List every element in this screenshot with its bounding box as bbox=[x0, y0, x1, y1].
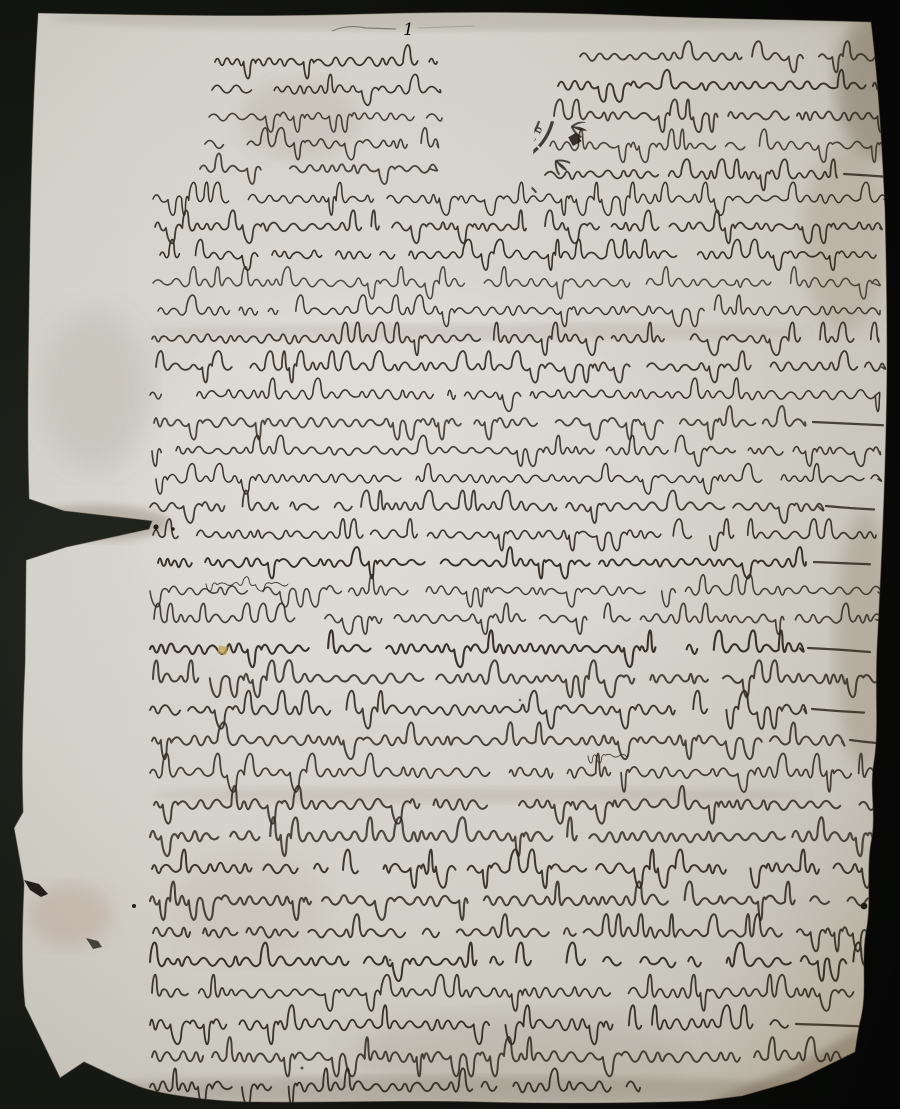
paper-grain-texture bbox=[0, 0, 900, 1109]
paper-surface: 1 bbox=[0, 0, 900, 1109]
manuscript-scene: 1 DEGENLIONVNSDEN. bbox=[0, 0, 900, 1109]
manuscript-photo: 1 DEGENLIONVNSDEN. bbox=[0, 0, 900, 1109]
